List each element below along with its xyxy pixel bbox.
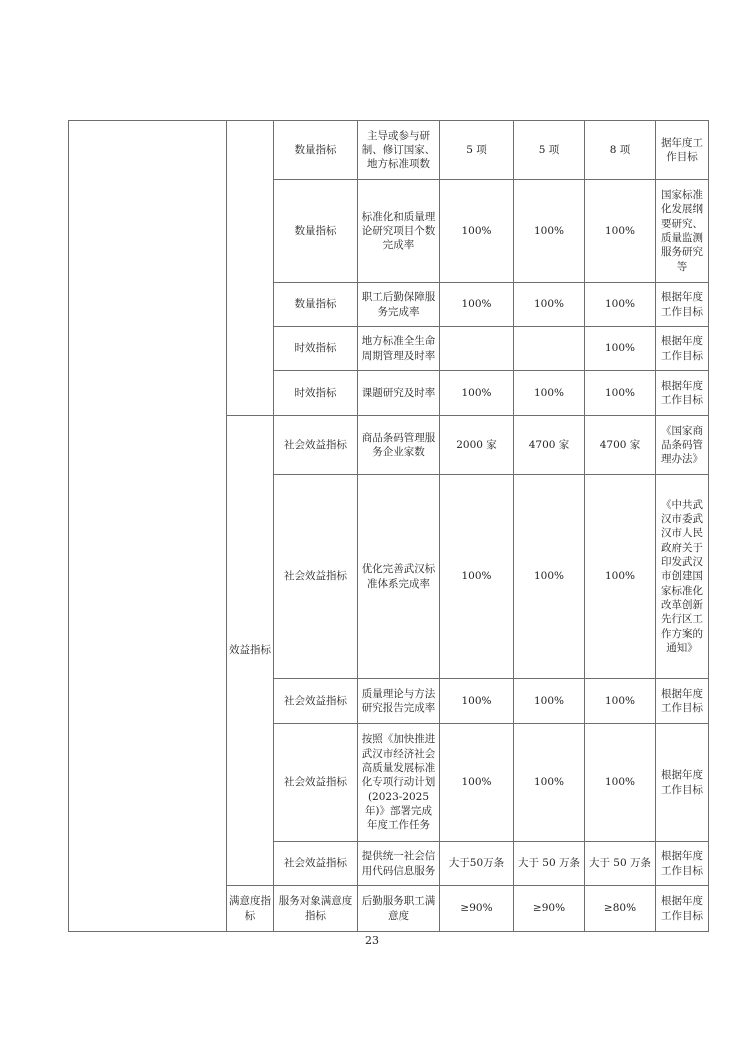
value-c-cell: 4700 家 <box>585 416 656 475</box>
basis-cell: 根据年度工作目标 <box>656 327 709 371</box>
table-row: 数量指标 主导或参与研制、修订国家、地方标准项数 5 项 5 项 8 项 据年度… <box>69 121 709 180</box>
value-a-cell: 大于50万条 <box>440 842 514 886</box>
subcategory-cell: 社会效益指标 <box>274 475 358 679</box>
basis-cell: 根据年度工作目标 <box>656 842 709 886</box>
value-c-cell: ≥80% <box>585 886 656 932</box>
value-b-cell: 100% <box>514 371 585 416</box>
basis-cell: 据年度工作目标 <box>656 121 709 180</box>
category-cell-output <box>227 121 274 416</box>
value-c-cell: 大于 50 万条 <box>585 842 656 886</box>
value-a-cell: 100% <box>440 283 514 327</box>
value-c-cell: 100% <box>585 679 656 724</box>
value-b-cell: 5 项 <box>514 121 585 180</box>
performance-indicator-table: 数量指标 主导或参与研制、修订国家、地方标准项数 5 项 5 项 8 项 据年度… <box>68 120 709 932</box>
value-b-cell: 100% <box>514 679 585 724</box>
value-a-cell: 2000 家 <box>440 416 514 475</box>
value-a-cell: 100% <box>440 475 514 679</box>
subcategory-cell: 数量指标 <box>274 180 358 283</box>
indicator-cell: 质量理论与方法研究报告完成率 <box>358 679 440 724</box>
subcategory-cell: 时效指标 <box>274 327 358 371</box>
basis-cell: 根据年度工作目标 <box>656 886 709 932</box>
value-b-cell: 4700 家 <box>514 416 585 475</box>
value-c-cell: 100% <box>585 283 656 327</box>
value-a-cell: 100% <box>440 180 514 283</box>
value-b-cell: 100% <box>514 475 585 679</box>
subcategory-cell: 社会效益指标 <box>274 679 358 724</box>
indicator-cell: 优化完善武汉标准体系完成率 <box>358 475 440 679</box>
value-a-cell <box>440 327 514 371</box>
basis-cell: 《国家商品条码管理办法》 <box>656 416 709 475</box>
value-c-cell: 8 项 <box>585 121 656 180</box>
value-a-cell: 5 项 <box>440 121 514 180</box>
indicator-cell: 地方标准全生命周期管理及时率 <box>358 327 440 371</box>
value-b-cell: 100% <box>514 180 585 283</box>
indicator-cell: 提供统一社会信用代码信息服务 <box>358 842 440 886</box>
indicator-cell: 后勤服务职工满意度 <box>358 886 440 932</box>
page-number: 23 <box>0 934 744 947</box>
basis-cell: 根据年度工作目标 <box>656 679 709 724</box>
subcategory-cell: 时效指标 <box>274 371 358 416</box>
basis-cell: 国家标准化发展纲要研究、质量监测服务研究等 <box>656 180 709 283</box>
value-b-cell <box>514 327 585 371</box>
value-a-cell: ≥90% <box>440 886 514 932</box>
value-c-cell: 100% <box>585 371 656 416</box>
subcategory-cell: 社会效益指标 <box>274 842 358 886</box>
category-cell-satisfaction: 满意度指标 <box>227 886 274 932</box>
value-c-cell: 100% <box>585 475 656 679</box>
value-b-cell: 100% <box>514 283 585 327</box>
indicator-cell: 职工后勤保障服务完成率 <box>358 283 440 327</box>
blank-left-cell <box>69 121 227 932</box>
indicator-cell: 主导或参与研制、修订国家、地方标准项数 <box>358 121 440 180</box>
indicator-cell: 课题研究及时率 <box>358 371 440 416</box>
subcategory-cell: 数量指标 <box>274 121 358 180</box>
value-b-cell: 100% <box>514 724 585 842</box>
basis-cell: 根据年度工作目标 <box>656 724 709 842</box>
indicator-cell: 按照《加快推进武汉市经济社会高质量发展标准化专项行动计划(2023-2025年)… <box>358 724 440 842</box>
basis-cell: 根据年度工作目标 <box>656 371 709 416</box>
value-b-cell: ≥90% <box>514 886 585 932</box>
basis-cell: 《中共武汉市委武汉市人民政府关于印发武汉市创建国家标准化改革创新先行区工作方案的… <box>656 475 709 679</box>
value-c-cell: 100% <box>585 180 656 283</box>
value-a-cell: 100% <box>440 679 514 724</box>
value-c-cell: 100% <box>585 724 656 842</box>
value-a-cell: 100% <box>440 371 514 416</box>
subcategory-cell: 社会效益指标 <box>274 416 358 475</box>
value-b-cell: 大于 50 万条 <box>514 842 585 886</box>
value-a-cell: 100% <box>440 724 514 842</box>
value-c-cell: 100% <box>585 327 656 371</box>
indicator-cell: 商品条码管理服务企业家数 <box>358 416 440 475</box>
subcategory-cell: 服务对象满意度指标 <box>274 886 358 932</box>
category-cell-benefit: 效益指标 <box>227 416 274 886</box>
subcategory-cell: 社会效益指标 <box>274 724 358 842</box>
indicator-cell: 标准化和质量理论研究项目个数完成率 <box>358 180 440 283</box>
subcategory-cell: 数量指标 <box>274 283 358 327</box>
basis-cell: 根据年度工作目标 <box>656 283 709 327</box>
